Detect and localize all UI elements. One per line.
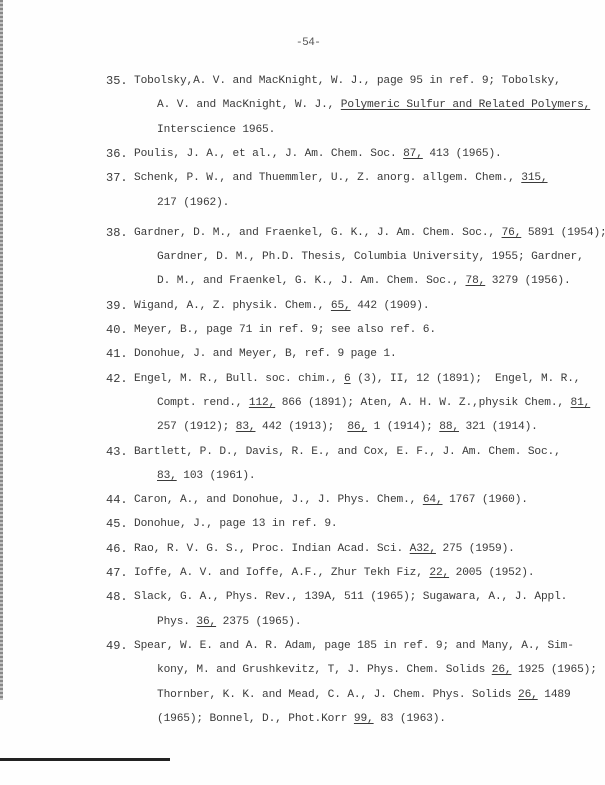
reference-text: 1489 (538, 689, 571, 701)
page-number: -54- (296, 37, 320, 49)
volume-number: A32, (410, 543, 436, 555)
reference-number: 47. (106, 566, 128, 580)
document-page: -54- 35.Tobolsky,A. V. and MacKnight, W.… (0, 0, 605, 785)
reference-text: 103 (1961). (177, 470, 256, 482)
scan-bottom-bar (0, 758, 170, 761)
reference-number: 46. (106, 542, 128, 556)
reference-text: Bartlett, P. D., Davis, R. E., and Cox, … (134, 446, 561, 458)
reference-line: Tobolsky,A. V. and MacKnight, W. J., pag… (134, 74, 561, 88)
reference-text: Rao, R. V. G. S., Proc. Indian Acad. Sci… (134, 543, 410, 555)
reference-text: (1965); Bonnel, D., Phot.Korr (157, 713, 354, 725)
reference-line: Phys. 36, 2375 (1965). (157, 615, 301, 629)
reference-line: Interscience 1965. (157, 123, 275, 137)
reference-text: 1767 (1960). (443, 494, 528, 506)
reference-text: 275 (1959). (436, 543, 515, 555)
reference-text: 217 (1962). (157, 197, 229, 209)
reference-text: Phys. (157, 616, 196, 628)
reference-line: Slack, G. A., Phys. Rev., 139A, 511 (196… (134, 590, 567, 604)
volume-number: 26, (492, 664, 512, 676)
volume-number: 26, (518, 689, 538, 701)
reference-text: 257 (1912); (157, 421, 236, 433)
reference-number: 39. (106, 299, 128, 313)
reference-number: 49. (106, 639, 128, 653)
reference-text: Slack, G. A., Phys. Rev., 139A, 511 (196… (134, 591, 567, 603)
reference-number: 40. (106, 323, 128, 337)
volume-number: 88, (439, 421, 459, 433)
reference-text: 1925 (1965); (511, 664, 596, 676)
reference-text: Donohue, J., page 13 in ref. 9. (134, 518, 337, 530)
reference-text: Schenk, P. W., and Thuemmler, U., Z. ano… (134, 172, 521, 184)
reference-line: Gardner, D. M., Ph.D. Thesis, Columbia U… (157, 250, 584, 264)
reference-line: Donohue, J. and Meyer, B, ref. 9 page 1. (134, 347, 397, 361)
volume-number: 83, (236, 421, 256, 433)
reference-text: 2375 (1965). (216, 616, 301, 628)
reference-number: 44. (106, 493, 128, 507)
volume-number: 65, (331, 300, 351, 312)
reference-text: Compt. rend., (157, 397, 249, 409)
reference-text: kony, M. and Grushkevitz, T, J. Phys. Ch… (157, 664, 492, 676)
volume-number: 86, (347, 421, 367, 433)
reference-text: Meyer, B., page 71 in ref. 9; see also r… (134, 324, 436, 336)
reference-line: Rao, R. V. G. S., Proc. Indian Acad. Sci… (134, 542, 515, 556)
reference-line: 83, 103 (1961). (157, 469, 255, 483)
volume-number: 6 (344, 373, 351, 385)
reference-text: Donohue, J. and Meyer, B, ref. 9 page 1. (134, 348, 397, 360)
volume-number: 81, (571, 397, 591, 409)
reference-line: A. V. and MacKnight, W. J., Polymeric Su… (157, 98, 590, 112)
volume-number: 22, (429, 567, 449, 579)
reference-line: Compt. rend., 112, 866 (1891); Aten, A. … (157, 396, 590, 410)
reference-text: Engel, M. R., Bull. soc. chim., (134, 373, 344, 385)
reference-text: 5891 (1954); (521, 227, 605, 239)
volume-number: 83, (157, 470, 177, 482)
volume-number: 78, (466, 275, 486, 287)
reference-text: Thornber, K. K. and Mead, C. A., J. Chem… (157, 689, 518, 701)
reference-text: 321 (1914). (459, 421, 538, 433)
reference-text: Wigand, A., Z. physik. Chem., (134, 300, 331, 312)
reference-line: Caron, A., and Donohue, J., J. Phys. Che… (134, 493, 528, 507)
reference-text: 2005 (1952). (449, 567, 534, 579)
volume-number: 112, (249, 397, 275, 409)
volume-number: 36, (196, 616, 216, 628)
reference-line: kony, M. and Grushkevitz, T, J. Phys. Ch… (157, 663, 597, 677)
reference-line: Gardner, D. M., and Fraenkel, G. K., J. … (134, 226, 605, 240)
reference-line: Engel, M. R., Bull. soc. chim., 6 (3), I… (134, 372, 580, 386)
reference-number: 43. (106, 445, 128, 459)
reference-line: 217 (1962). (157, 196, 229, 210)
reference-number: 41. (106, 347, 128, 361)
reference-text: 413 (1965). (423, 148, 502, 160)
reference-text: 1 (1914); (367, 421, 439, 433)
reference-text: 866 (1891); Aten, A. H. W. Z.,physik Che… (275, 397, 570, 409)
reference-text: 442 (1913); (255, 421, 347, 433)
reference-line: Poulis, J. A., et al., J. Am. Chem. Soc.… (134, 147, 502, 161)
reference-line: Meyer, B., page 71 in ref. 9; see also r… (134, 323, 436, 337)
volume-number: 315, (521, 172, 547, 184)
reference-line: Donohue, J., page 13 in ref. 9. (134, 517, 337, 531)
reference-text: Poulis, J. A., et al., J. Am. Chem. Soc. (134, 148, 403, 160)
reference-line: Schenk, P. W., and Thuemmler, U., Z. ano… (134, 171, 548, 185)
reference-line: Bartlett, P. D., Davis, R. E., and Cox, … (134, 445, 561, 459)
reference-text: (3), II, 12 (1891); Engel, M. R., (351, 373, 581, 385)
reference-number: 45. (106, 517, 128, 531)
volume-number: Polymeric Sulfur and Related Polymers, (341, 99, 590, 111)
reference-line: 257 (1912); 83, 442 (1913); 86, 1 (1914)… (157, 420, 538, 434)
reference-text: Spear, W. E. and A. R. Adam, page 185 in… (134, 640, 574, 652)
reference-line: Spear, W. E. and A. R. Adam, page 185 in… (134, 639, 574, 653)
reference-number: 38. (106, 226, 128, 240)
reference-text: Tobolsky,A. V. and MacKnight, W. J., pag… (134, 75, 561, 87)
reference-text: 3279 (1956). (485, 275, 570, 287)
reference-number: 42. (106, 372, 128, 386)
reference-text: 442 (1909). (351, 300, 430, 312)
reference-text: A. V. and MacKnight, W. J., (157, 99, 341, 111)
reference-text: 83 (1963). (374, 713, 446, 725)
reference-number: 35. (106, 74, 128, 88)
reference-text: Gardner, D. M., and Fraenkel, G. K., J. … (134, 227, 502, 239)
scan-left-edge (0, 0, 3, 700)
reference-text: D. M., and Fraenkel, G. K., J. Am. Chem.… (157, 275, 466, 287)
volume-number: 87, (403, 148, 423, 160)
volume-number: 64, (423, 494, 443, 506)
reference-text: Interscience 1965. (157, 124, 275, 136)
reference-number: 48. (106, 590, 128, 604)
reference-line: Thornber, K. K. and Mead, C. A., J. Chem… (157, 688, 571, 702)
volume-number: 76, (502, 227, 522, 239)
reference-text: Ioffe, A. V. and Ioffe, A.F., Zhur Tekh … (134, 567, 429, 579)
reference-line: (1965); Bonnel, D., Phot.Korr 99, 83 (19… (157, 712, 446, 726)
reference-number: 36. (106, 147, 128, 161)
reference-line: D. M., and Fraenkel, G. K., J. Am. Chem.… (157, 274, 571, 288)
reference-line: Ioffe, A. V. and Ioffe, A.F., Zhur Tekh … (134, 566, 534, 580)
reference-text: Gardner, D. M., Ph.D. Thesis, Columbia U… (157, 251, 584, 263)
reference-text: Caron, A., and Donohue, J., J. Phys. Che… (134, 494, 423, 506)
volume-number: 99, (354, 713, 374, 725)
reference-number: 37. (106, 171, 128, 185)
reference-line: Wigand, A., Z. physik. Chem., 65, 442 (1… (134, 299, 429, 313)
